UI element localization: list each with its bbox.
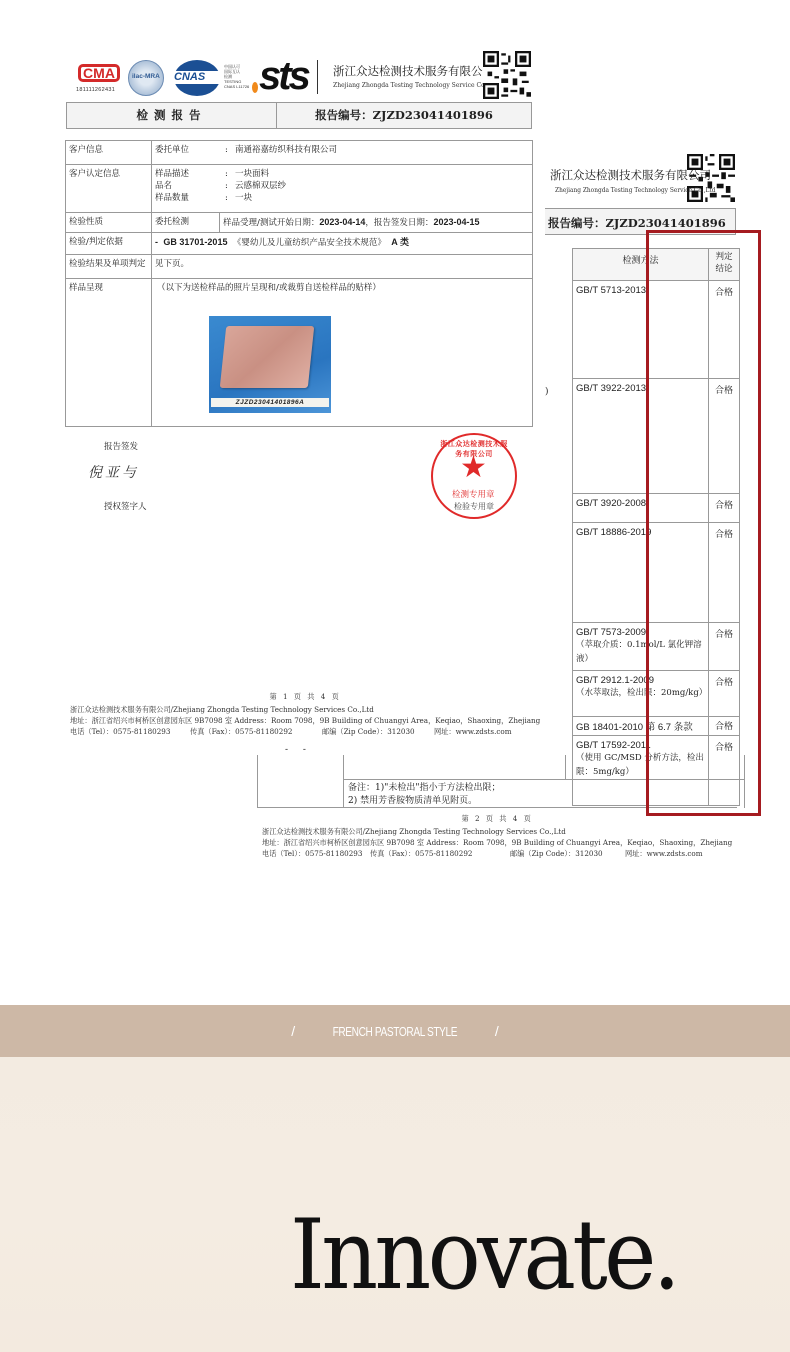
field-key: 委托单位 [155,144,225,156]
footer-company: 浙江众达检测技术服务有限公司/Zhejiang Zhongda Testing … [262,826,732,837]
star-icon: ★ [460,453,487,483]
info-row-basis: 检验/判定依据 - GB 31701-2015 《婴幼儿及儿童纺织产品安全技术规… [66,233,533,255]
photo-label: ZJZD23041401896A [211,398,329,407]
ilac-mra-logo-icon: ilac-MRA [128,60,164,96]
qr-code-icon [483,51,531,99]
field-value: 云感棉双层纱 [235,180,286,192]
method-standard: GB/T 3922-2013 [576,383,646,394]
signatory-label: 授权签字人 [104,500,147,512]
field-key: 样品数量 [155,192,225,204]
label: 检验/判定依据 [66,233,152,255]
info-row-sample: 样品呈现 （以下为送检样品的照片呈现和/或裁剪自送检样品的贴样） ZJZD230… [66,279,533,427]
field-key: 品名 [155,180,225,192]
seal-under-text: 检验专用章 [454,501,494,512]
label: 客户信息 [66,141,152,165]
results-value: 见下页。 [152,255,533,279]
cma-number: 181111262431 [76,87,115,93]
method-standard: GB/T 3920-2008 [576,498,646,509]
info-row-customer: 客户信息 委托单位:南通裕嘉纺织科技有限公司 [66,141,533,165]
certification-logos: CMA 181111262431 ilac-MRA CNAS 中国认可 国际互认… [78,58,538,98]
company-name-cn: 浙江众达检测技术服务有限公司 [550,167,711,183]
footer-address: 地址：浙江省绍兴市柯桥区创意园东区 9B7098 室 Address：Room … [70,715,540,726]
dates: 样品受理/测试开始日期：2023-04-14，报告签发日期：2023-04-15 [220,213,533,233]
label: 客户认定信息 [66,165,152,213]
info-row-results: 检验结果及单项判定 见下页。 [66,255,533,279]
field-key: 样品描述 [155,168,225,180]
start-date: 2023-04-14 [319,217,365,227]
title-bar: 检测报告 报告编号：ZJZD23041401896 [66,102,532,129]
style-banner: / FRENCH PASTORAL STYLE / [0,1005,790,1057]
report-page-1: CMA 181111262431 ilac-MRA CNAS 中国认可 国际互认… [0,40,545,740]
footer-zip: 邮编（Zip Code）：312030 [510,848,625,859]
slash-left: / [291,1023,295,1039]
field-value: 一块面料 [235,168,269,180]
cnas-note: 中国认可 国际互认 检测 TESTING CNAS L11726 [224,64,249,89]
remark-line: 2) 禁用芳香胺物质清单见附页。 [348,795,501,808]
label: 检验结果及单项判定 [66,255,152,279]
method-standard: GB/T 18886-2019 [576,527,651,538]
banner-tagline: FRENCH PASTORAL STYLE [333,1024,458,1039]
dashes: - - [285,745,312,755]
verdict-highlight-box [646,230,761,816]
page-2-footer: 第 2 页 共 4 页 浙江众达检测技术服务有限公司/Zhejiang Zhon… [262,813,732,859]
page-1-footer: 第 1 页 共 4 页 浙江众达检测技术服务有限公司/Zhejiang Zhon… [70,691,540,737]
test-nature-value: 委托检测 [152,213,220,233]
divider [317,60,318,94]
company-name-cn: 浙江众达检测技术服务有限公司 [333,63,494,79]
issued-label: 报告签发 [104,440,138,452]
footer-company: 浙江众达检测技术服务有限公司/Zhejiang Zhongda Testing … [70,704,540,715]
page-number: 第 1 页 共 4 页 [70,691,540,702]
footer-web: 网址：www.zdsts.com [434,726,512,737]
label: 样品呈现 [66,279,152,427]
footer-zip: 邮编（Zip Code）：312030 [322,726,434,737]
sts-logo-icon: sts [259,56,308,96]
fabric-sample-image [220,326,315,388]
method-standard: GB/T 5713-2013 [576,285,646,296]
headline-section: Innovate. [0,1057,790,1352]
footer-web: 网址：www.zdsts.com [625,848,703,859]
footer-fax: 传真（Fax）：0575-81180292 [190,726,322,737]
cnas-logo-icon: CNAS [174,60,220,96]
basis-value: - GB 31701-2015 《婴幼儿及儿童纺织产品安全技术规范》 A 类 [152,233,533,255]
issue-date: 2023-04-15 [433,217,479,227]
orange-dot-icon [252,82,258,93]
footer-tel: 电话（Tel）：0575-81180293 [70,726,190,737]
headline: Innovate. [290,1205,677,1305]
company-name-en: Zhejiang Zhongda Testing Technology Serv… [555,186,715,194]
basis-standard: GB 31701-2015 [163,237,227,247]
report-title: 检测报告 [67,103,277,128]
info-table: 客户信息 委托单位:南通裕嘉纺织科技有限公司 客户认定信息 样品描述:一块面料 … [65,140,533,427]
info-row-declared: 客户认定信息 样品描述:一块面料 品名:云感棉双层纱 样品数量:一块 [66,165,533,213]
footer-tel: 电话（Tel）：0575-81180293 [262,848,370,859]
sample-photo: ZJZD23041401896A [209,316,331,413]
slash-right: / [495,1023,499,1039]
remark-line: 备注：1)"未检出"指小于方法检出限； [348,782,501,795]
remarks: 备注：1)"未检出"指小于方法检出限； 2) 禁用芳香胺物质清单见附页。 [348,782,501,808]
footer-fax: 传真（Fax）：0575-81180292 [370,848,510,859]
signature: 倪亚与 [88,462,139,482]
cma-logo-icon: CMA [78,64,120,82]
report-number: 报告编号：ZJZD23041401896 [277,103,531,128]
company-name-en: Zhejiang Zhongda Testing Technology Serv… [333,81,499,89]
report-number: 报告编号：ZJZD23041401896 [548,215,726,231]
field-value: 一块 [235,192,252,204]
seal-center-text: 检测专用章 [452,488,495,500]
info-row-nature: 检验性质 委托检测 样品受理/测试开始日期：2023-04-14，报告签发日期：… [66,213,533,233]
official-seal-icon: 浙江众达检测技术服务有限公司 ★ 检测专用章 检验专用章 [431,433,517,519]
sample-note: （以下为送检样品的照片呈现和/或裁剪自送检样品的贴样） [155,282,529,294]
field-value: 南通裕嘉纺织科技有限公司 [235,144,337,156]
label: 检验性质 [66,213,152,233]
footer-address: 地址：浙江省绍兴市柯桥区创意园东区 9B7098 室 Address：Room … [262,837,732,848]
